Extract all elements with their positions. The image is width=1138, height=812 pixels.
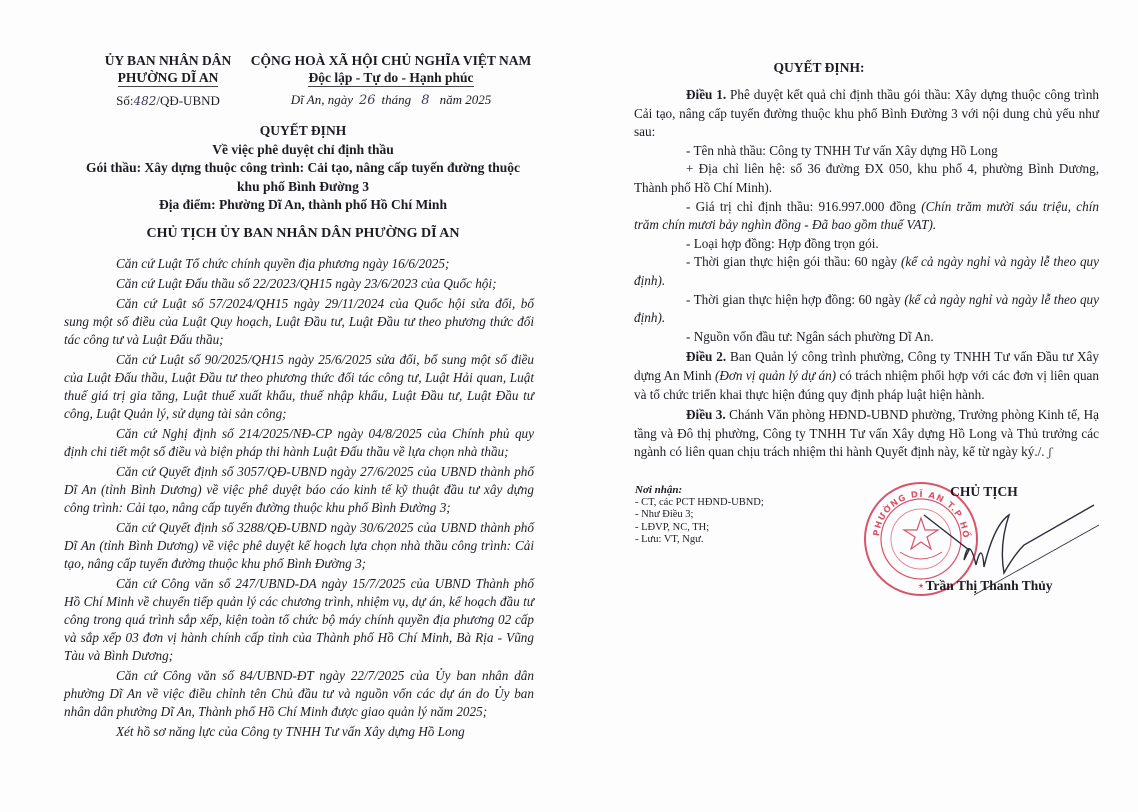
contractor-address: + Địa chỉ liên hệ: số 36 đường ĐX 050, k… — [634, 160, 1099, 197]
signatory-name: Trần Thị Thanh Thủy — [904, 578, 1074, 594]
issuer-line2: PHƯỜNG DĨ AN — [118, 69, 219, 87]
address-text: + Địa chỉ liên hệ: số 36 đường ĐX 050, k… — [634, 161, 1099, 195]
legal-basis-item: Căn cứ Quyết định số 3057/QĐ-UBND ngày 2… — [64, 463, 534, 517]
date-prefix: Dĩ An, ngày — [291, 92, 353, 107]
value-label: - Giá trị chỉ định thầu: 916.997.000 đồn… — [686, 199, 921, 214]
contractor-text: - Tên nhà thầu: Công ty TNHH Tư vấn Xây … — [686, 143, 998, 158]
date-year: năm 2025 — [440, 92, 492, 107]
authority-heading: CHỦ TỊCH ỦY BAN NHÂN DÂN PHƯỜNG DĨ AN — [60, 226, 546, 242]
page-left: ỦY BAN NHÂN DÂN PHƯỜNG DĨ AN Số:482/QĐ-U… — [0, 0, 569, 812]
article-1-label: Điều 1. — [686, 87, 726, 102]
decision-title-block: QUYẾT ĐỊNH Về việc phê duyệt chỉ định th… — [60, 122, 546, 215]
contractor-name: - Tên nhà thầu: Công ty TNHH Tư vấn Xây … — [634, 142, 1099, 161]
national-motto: Độc lập - Tự do - Hạnh phúc — [308, 69, 473, 87]
recipient-item: - CT, các PCT HĐND-UBND; — [635, 497, 825, 510]
legal-basis-item: Căn cứ Luật Tổ chức chính quyền địa phươ… — [64, 255, 534, 273]
package-duration: - Thời gian thực hiện gói thầu: 60 ngày … — [634, 253, 1099, 290]
contract-type-text: - Loại hợp đồng: Hợp đồng trọn gói. — [686, 236, 879, 251]
recipient-item: - LĐVP, NC, TH; — [635, 522, 825, 535]
number-suffix: /QĐ-UBND — [156, 93, 220, 108]
date-month-label: tháng — [381, 92, 411, 107]
article-2: Điều 2. Ban Quản lý công trình phường, C… — [634, 348, 1099, 404]
location-value: Phường Dĩ An, thành phố Hồ Chí Minh — [219, 197, 447, 212]
date-month: 8 — [414, 92, 436, 109]
number-handwritten: 482 — [133, 94, 156, 108]
legal-basis-item: Căn cứ Quyết định số 3288/QĐ-UBND ngày 3… — [64, 519, 534, 573]
package-line2: khu phố Bình Đường 3 — [60, 178, 546, 197]
contract-value: - Giá trị chỉ định thầu: 916.997.000 đồn… — [634, 198, 1099, 235]
recipients-block: Nơi nhận: - CT, các PCT HĐND-UBND;- Như … — [635, 484, 825, 547]
page-right: QUYẾT ĐỊNH: Điều 1. Phê duyệt kết quả ch… — [569, 0, 1138, 812]
location: Địa điểm: Phường Dĩ An, thành phố Hồ Chí… — [60, 196, 546, 215]
recipients-title: Nơi nhận: — [635, 484, 825, 497]
legal-basis-item: Căn cứ Luật số 90/2025/QH15 ngày 25/6/20… — [64, 351, 534, 423]
article-1: Điều 1. Phê duyệt kết quả chỉ định thầu … — [634, 86, 1099, 142]
articles: Điều 1. Phê duyệt kết quả chỉ định thầu … — [634, 86, 1099, 463]
date-day: 26 — [356, 92, 378, 109]
issuer-line1: ỦY BAN NHÂN DÂN — [92, 52, 244, 69]
legal-basis-item: Căn cứ Luật số 57/2024/QH15 ngày 29/11/2… — [64, 295, 534, 349]
decision-heading: QUYẾT ĐỊNH — [60, 122, 546, 141]
article-3-label: Điều 3. — [686, 407, 726, 422]
article-2-note: (Đơn vị quản lý dự án) — [715, 368, 836, 383]
issuer-block: ỦY BAN NHÂN DÂN PHƯỜNG DĨ AN — [92, 52, 244, 87]
funding-source: - Nguồn vốn đầu tư: Ngân sách phường Dĩ … — [634, 328, 1099, 347]
contract-duration-label: - Thời gian thực hiện hợp đồng: 60 ngày — [686, 292, 904, 307]
number-prefix: Số: — [116, 93, 133, 108]
funding-text: - Nguồn vốn đầu tư: Ngân sách phường Dĩ … — [686, 329, 934, 344]
recipient-item: - Lưu: VT, Ngư. — [635, 534, 825, 547]
location-label: Địa điểm: — [159, 197, 219, 212]
decision-subject: Về việc phê duyệt chỉ định thầu — [60, 141, 546, 160]
legal-basis-item: Căn cứ Luật Đấu thầu số 22/2023/QH15 ngà… — [64, 275, 534, 293]
signatory-role: CHỦ TỊCH — [929, 484, 1039, 500]
national-line1: CỘNG HOÀ XÃ HỘI CHỦ NGHĨA VIỆT NAM — [250, 52, 532, 69]
document-number: Số:482/QĐ-UBND — [92, 92, 244, 110]
legal-basis-item: Căn cứ Công văn số 84/UBND-ĐT ngày 22/7/… — [64, 667, 534, 721]
contract-duration: - Thời gian thực hiện hợp đồng: 60 ngày … — [634, 291, 1099, 328]
initials-mark: ʃ — [1049, 446, 1052, 459]
legal-basis-item: Căn cứ Nghị định số 214/2025/NĐ-CP ngày … — [64, 425, 534, 461]
national-header: CỘNG HOÀ XÃ HỘI CHỦ NGHĨA VIỆT NAM Độc l… — [250, 52, 532, 87]
contract-type: - Loại hợp đồng: Hợp đồng trọn gói. — [634, 235, 1099, 254]
decision-heading-right: QUYẾT ĐỊNH: — [629, 60, 1009, 76]
article-3: Điều 3. Chánh Văn phòng HĐND-UBND phường… — [634, 406, 1099, 463]
package-duration-label: - Thời gian thực hiện gói thầu: 60 ngày — [686, 254, 901, 269]
recipients-list: - CT, các PCT HĐND-UBND;- Như Điều 3;- L… — [635, 497, 825, 547]
recipient-item: - Như Điều 3; — [635, 509, 825, 522]
legal-bases: Căn cứ Luật Tổ chức chính quyền địa phươ… — [64, 255, 534, 743]
document-date: Dĩ An, ngày 26 tháng 8 năm 2025 — [250, 91, 532, 109]
legal-basis-item: Xét hồ sơ năng lực của Công ty TNHH Tư v… — [64, 723, 534, 741]
article-2-label: Điều 2. — [686, 349, 726, 364]
legal-basis-item: Căn cứ Công văn số 247/UBND-DA ngày 15/7… — [64, 575, 534, 665]
package-line1: Gói thầu: Xây dựng thuộc công trình: Cải… — [60, 159, 546, 178]
